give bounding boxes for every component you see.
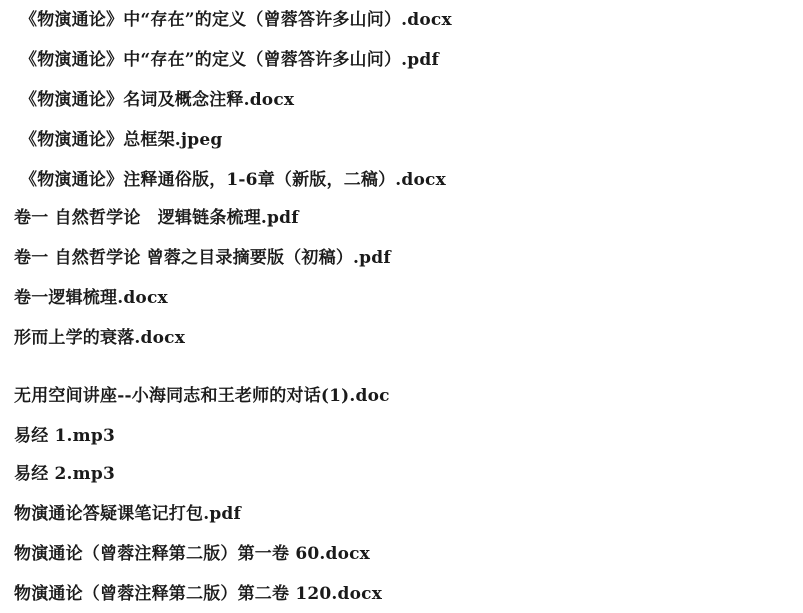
file-item[interactable]: 物演通论（曾蓉注释第二版）第二卷 120.docx [14, 580, 382, 608]
file-item[interactable]: 无用空间讲座--小海同志和王老师的对话(1).doc [14, 382, 390, 410]
file-item[interactable]: 《物演通论》总框架.jpeg [20, 126, 222, 154]
file-item[interactable]: 卷一 自然哲学论 逻辑链条梳理.pdf [14, 204, 299, 232]
file-item[interactable]: 卷一逻辑梳理.docx [14, 284, 168, 312]
file-item[interactable]: 形而上学的衰落.docx [14, 324, 185, 352]
file-item[interactable]: 《物演通论》名词及概念注释.docx [20, 86, 294, 114]
file-item[interactable]: 物演通论（曾蓉注释第二版）第一卷 60.docx [14, 540, 370, 568]
file-item[interactable]: 《物演通论》中“存在”的定义（曾蓉答许多山问）.pdf [20, 46, 439, 74]
file-item[interactable]: 物演通论答疑课笔记打包.pdf [14, 500, 241, 528]
file-list: 《物演通论》中“存在”的定义（曾蓉答许多山问）.docx 《物演通论》中“存在”… [0, 0, 803, 613]
file-item[interactable]: 易经 1.mp3 [14, 422, 115, 450]
file-item[interactable]: 《物演通论》注释通俗版，1-6章（新版，二稿）.docx [20, 166, 446, 194]
file-item[interactable]: 易经 2.mp3 [14, 460, 115, 488]
file-item[interactable]: 卷一 自然哲学论 曾蓉之目录摘要版（初稿）.pdf [14, 244, 391, 272]
file-item[interactable]: 《物演通论》中“存在”的定义（曾蓉答许多山问）.docx [20, 6, 452, 34]
